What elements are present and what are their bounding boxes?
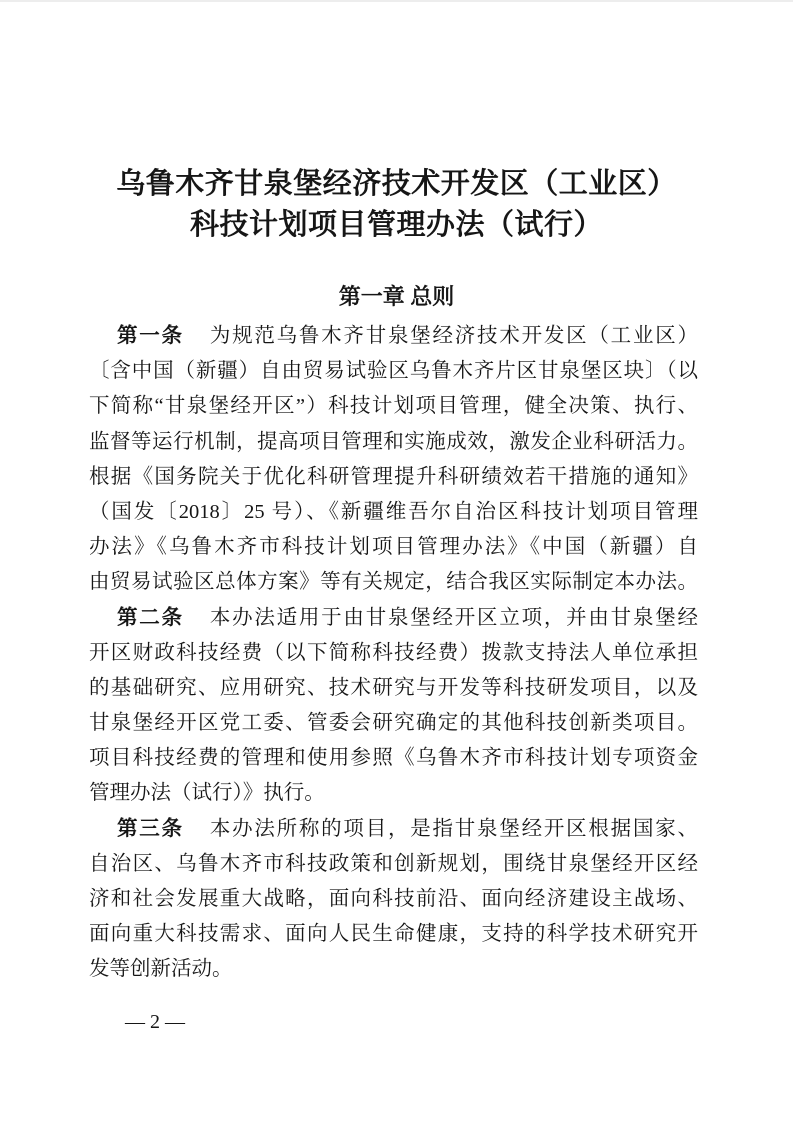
body-line: 自治区、乌鲁木齐市科技政策和创新规划，围绕甘泉堡经开区经 bbox=[89, 847, 698, 882]
body-line: 面向重大科技需求、面向人民生命健康，支持的科学技术研究开 bbox=[89, 917, 698, 952]
body-line: 下简称“甘泉堡经开区”）科技计划项目管理，健全决策、执行、 bbox=[89, 389, 698, 424]
scan-edge-artifact bbox=[0, 0, 793, 2]
body-line: 第一条为规范乌鲁木齐甘泉堡经济技术开发区（工业区） bbox=[89, 319, 698, 354]
body-line: 管理办法（试行）》执行。 bbox=[89, 776, 698, 811]
article-term: 第二条 bbox=[117, 607, 184, 629]
body-line: 根据《国务院关于优化科研管理提升科研绩效若干措施的通知》 bbox=[89, 460, 698, 495]
body-line: 由贸易试验区总体方案》等有关规定，结合我区实际制定本办法。 bbox=[89, 565, 698, 600]
page-number: — 2 — bbox=[125, 1008, 793, 1036]
body-line: 发等创新活动。 bbox=[89, 952, 698, 987]
body-line: 第三条本办法所称的项目，是指甘泉堡经开区根据国家、 bbox=[89, 812, 698, 847]
body-line: 济和社会发展重大战略，面向科技前沿、面向经济建设主战场、 bbox=[89, 882, 698, 917]
article-term: 第一条 bbox=[117, 325, 184, 347]
body-line: 开区财政科技经费（以下简称科技经费）拨款支持法人单位承担 bbox=[89, 636, 698, 671]
body-line: 监督等运行机制，提高项目管理和实施成效，激发企业科研活力。 bbox=[89, 425, 698, 460]
body-line: 项目科技经费的管理和使用参照《乌鲁木齐市科技计划专项资金 bbox=[89, 741, 698, 776]
body-line: （国发〔2018〕25 号）、《新疆维吾尔自治区科技计划项目管理 bbox=[89, 495, 698, 530]
body-line: 甘泉堡经开区党工委、管委会研究确定的其他科技创新类项目。 bbox=[89, 706, 698, 741]
document-title-line-2: 科技计划项目管理办法（试行） bbox=[0, 205, 793, 246]
chapter-heading: 第一章 总则 bbox=[0, 283, 793, 310]
document-page: 乌鲁木齐甘泉堡经济技术开发区（工业区） 科技计划项目管理办法（试行） 第一章 总… bbox=[0, 0, 793, 1122]
body-line: 的基础研究、应用研究、技术研究与开发等科技研发项目，以及 bbox=[89, 671, 698, 706]
body-line: 第二条本办法适用于由甘泉堡经开区立项，并由甘泉堡经 bbox=[89, 601, 698, 636]
document-title: 乌鲁木齐甘泉堡经济技术开发区（工业区） 科技计划项目管理办法（试行） bbox=[0, 164, 793, 246]
body-line: 办法》《乌鲁木齐市科技计划项目管理办法》《中国（新疆）自 bbox=[89, 530, 698, 565]
document-body: 第一条为规范乌鲁木齐甘泉堡经济技术开发区（工业区）〔含中国（新疆）自由贸易试验区… bbox=[89, 319, 698, 988]
document-title-line-1: 乌鲁木齐甘泉堡经济技术开发区（工业区） bbox=[0, 164, 793, 205]
article-term: 第三条 bbox=[117, 818, 184, 840]
body-line: 〔含中国（新疆）自由贸易试验区乌鲁木齐片区甘泉堡区块〕（以 bbox=[89, 354, 698, 389]
